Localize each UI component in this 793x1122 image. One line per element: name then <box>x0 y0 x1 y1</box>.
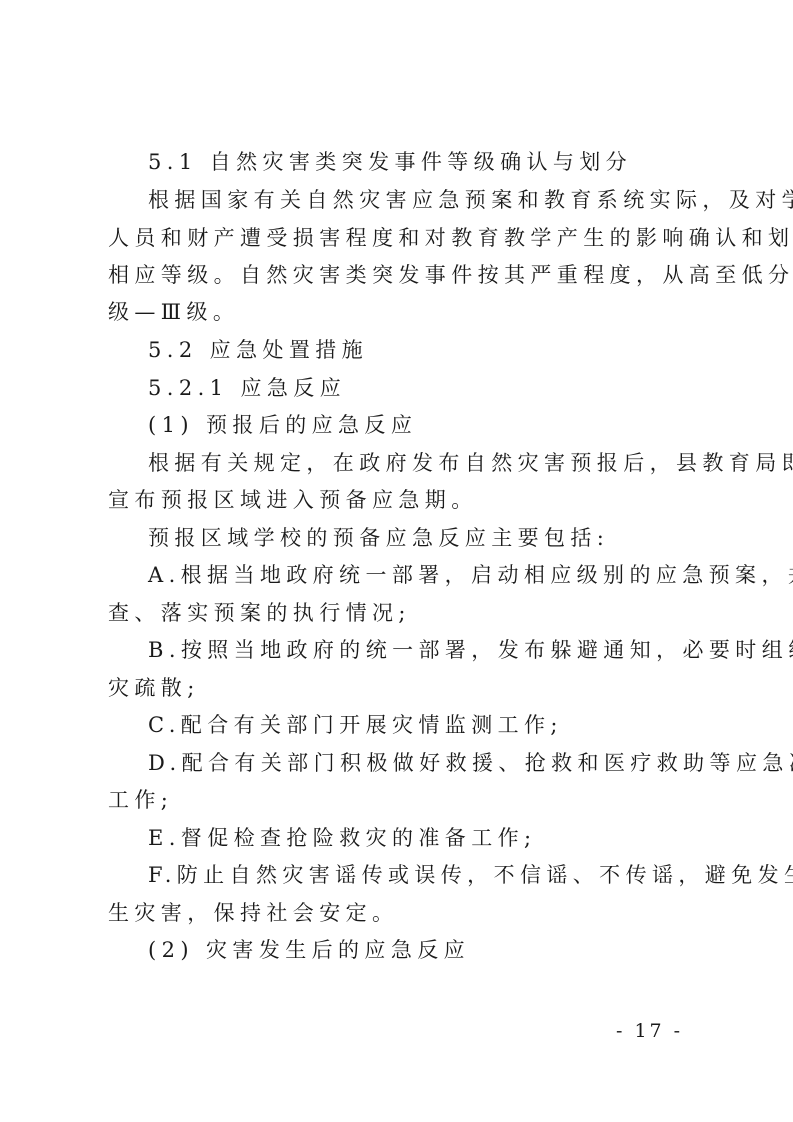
page-number: - 17 - <box>616 1020 683 1042</box>
section-heading-5-2-1: 5.2.1 应急反应 <box>148 374 748 402</box>
list-item-f-cont: 生灾害，保持社会安定。 <box>108 899 708 927</box>
paragraph-line: 预报区域学校的预备应急反应主要包括: <box>148 524 748 552</box>
list-item-b: B.按照当地政府的统一部署，发布躲避通知，必要时组织避 <box>148 636 748 664</box>
list-item-d: D.配合有关部门积极做好救援、抢救和医疗救助等应急准备 <box>148 749 748 777</box>
list-item-c: C.配合有关部门开展灾情监测工作; <box>148 711 748 739</box>
document-page: 5.1 自然灾害类突发事件等级确认与划分 根据国家有关自然灾害应急预案和教育系统… <box>0 0 793 1122</box>
paragraph-line: 级—Ⅲ级。 <box>108 298 708 326</box>
paragraph-line: 根据有关规定，在政府发布自然灾害预报后，县教育局即可 <box>148 449 748 477</box>
section-heading-5-1: 5.1 自然灾害类突发事件等级确认与划分 <box>148 148 748 176</box>
paragraph-line: 宣布预报区域进入预备应急期。 <box>108 486 708 514</box>
list-item-f: F.防止自然灾害谣传或误传，不信谣、不传谣，避免发生衍 <box>148 861 748 889</box>
list-item-a: A.根据当地政府统一部署，启动相应级别的应急预案，并检 <box>148 561 748 589</box>
subheading-2: (2) 灾害发生后的应急反应 <box>148 936 748 964</box>
subheading-1: (1) 预报后的应急反应 <box>148 411 748 439</box>
paragraph-line: 相应等级。自然灾害类突发事件按其严重程度，从高至低分为Ⅰ <box>108 261 708 289</box>
section-heading-5-2: 5.2 应急处置措施 <box>148 336 748 364</box>
paragraph-line: 人员和财产遭受损害程度和对教育教学产生的影响确认和划分 <box>108 224 708 252</box>
list-item-b-cont: 灾疏散; <box>108 674 708 702</box>
list-item-d-cont: 工作; <box>108 786 708 814</box>
paragraph-line: 根据国家有关自然灾害应急预案和教育系统实际，及对学校 <box>148 186 748 214</box>
list-item-a-cont: 查、落实预案的执行情况; <box>108 599 708 627</box>
list-item-e: E.督促检查抢险救灾的准备工作; <box>148 824 748 852</box>
